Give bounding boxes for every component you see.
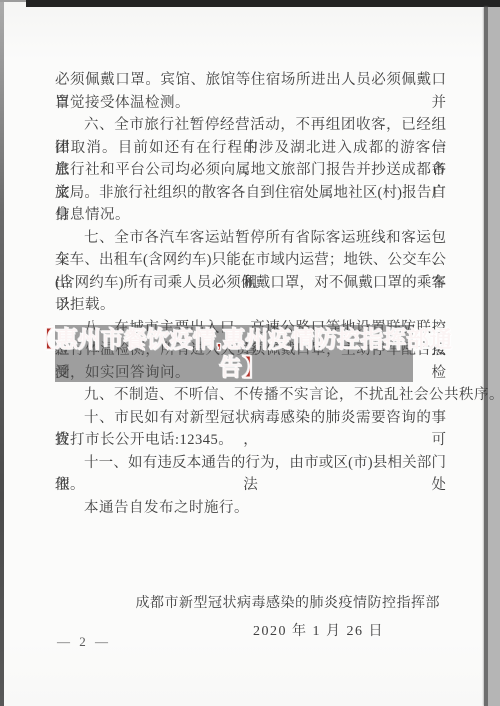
document-line: 旅局。非旅行社组织的散客各自到住宿处属地社区(村)报告自身 (55, 182, 446, 205)
document-line: 十一、如有违反本通告的行为，由市或区(市)县相关部门依法处 (55, 452, 446, 475)
overlay-caption: 【惠州市餐饮疫情,惠州疫情防控指挥部通告】 (30, 326, 454, 381)
scan-edge-left (0, 2, 4, 706)
document-date: 2020 年 1 月 26 日 (253, 620, 384, 640)
document-line: 旅行社和平台公司均必须向属地文旅部门报告并抄送成都市文广 (55, 159, 446, 182)
scan-edge-right-strip (488, 7, 500, 706)
document-line: 七、全市各汽车客运站暂停所有省际客运班线和客运包车；公 (55, 227, 446, 250)
scanned-document-page: 必须佩戴口罩。宾馆、旅馆等住宿场所进出人员必须佩戴口罩并自觉接受体温检测。六、全… (0, 0, 500, 706)
document-line: 以拒载。 (55, 294, 446, 317)
document-line: 九、不制造、不听信、不传播不实言论，不扰乱社会公共秩序。 (55, 384, 446, 407)
document-line: 十、市民如有对新型冠状病毒感染的肺炎需要咨询的事宜，可 (55, 407, 446, 430)
document-line: 六、全市旅行社暂停经营活动，不再组团收客，已经组团的一 (55, 114, 446, 137)
document-line: 交车、出租车(含网约车)只能在市域内运营；地铁、公交车、出租车 (55, 249, 446, 272)
document-line: 信息情况。 (55, 204, 446, 227)
document-line: 必须佩戴口罩。宾馆、旅馆等住宿场所进出人员必须佩戴口罩并 (55, 69, 446, 92)
scan-edge-top (26, 0, 500, 7)
document-line: (含网约车)所有司乘人员必须佩戴口罩，对不佩戴口罩的乘客予 (55, 272, 446, 295)
document-line: 律取消。目前如还有在行程中涉及湖北进入成都的游客信息，各 (55, 137, 446, 160)
issuer-signature: 成都市新型冠状病毒感染的肺炎疫情防控指挥部 (136, 592, 441, 612)
document-lines: 必须佩戴口罩。宾馆、旅馆等住宿场所进出人员必须佩戴口罩并自觉接受体温检测。六、全… (55, 69, 446, 519)
document-line: 本通告自发布之时施行。 (55, 497, 446, 520)
page-number: — 2 — (57, 634, 111, 650)
